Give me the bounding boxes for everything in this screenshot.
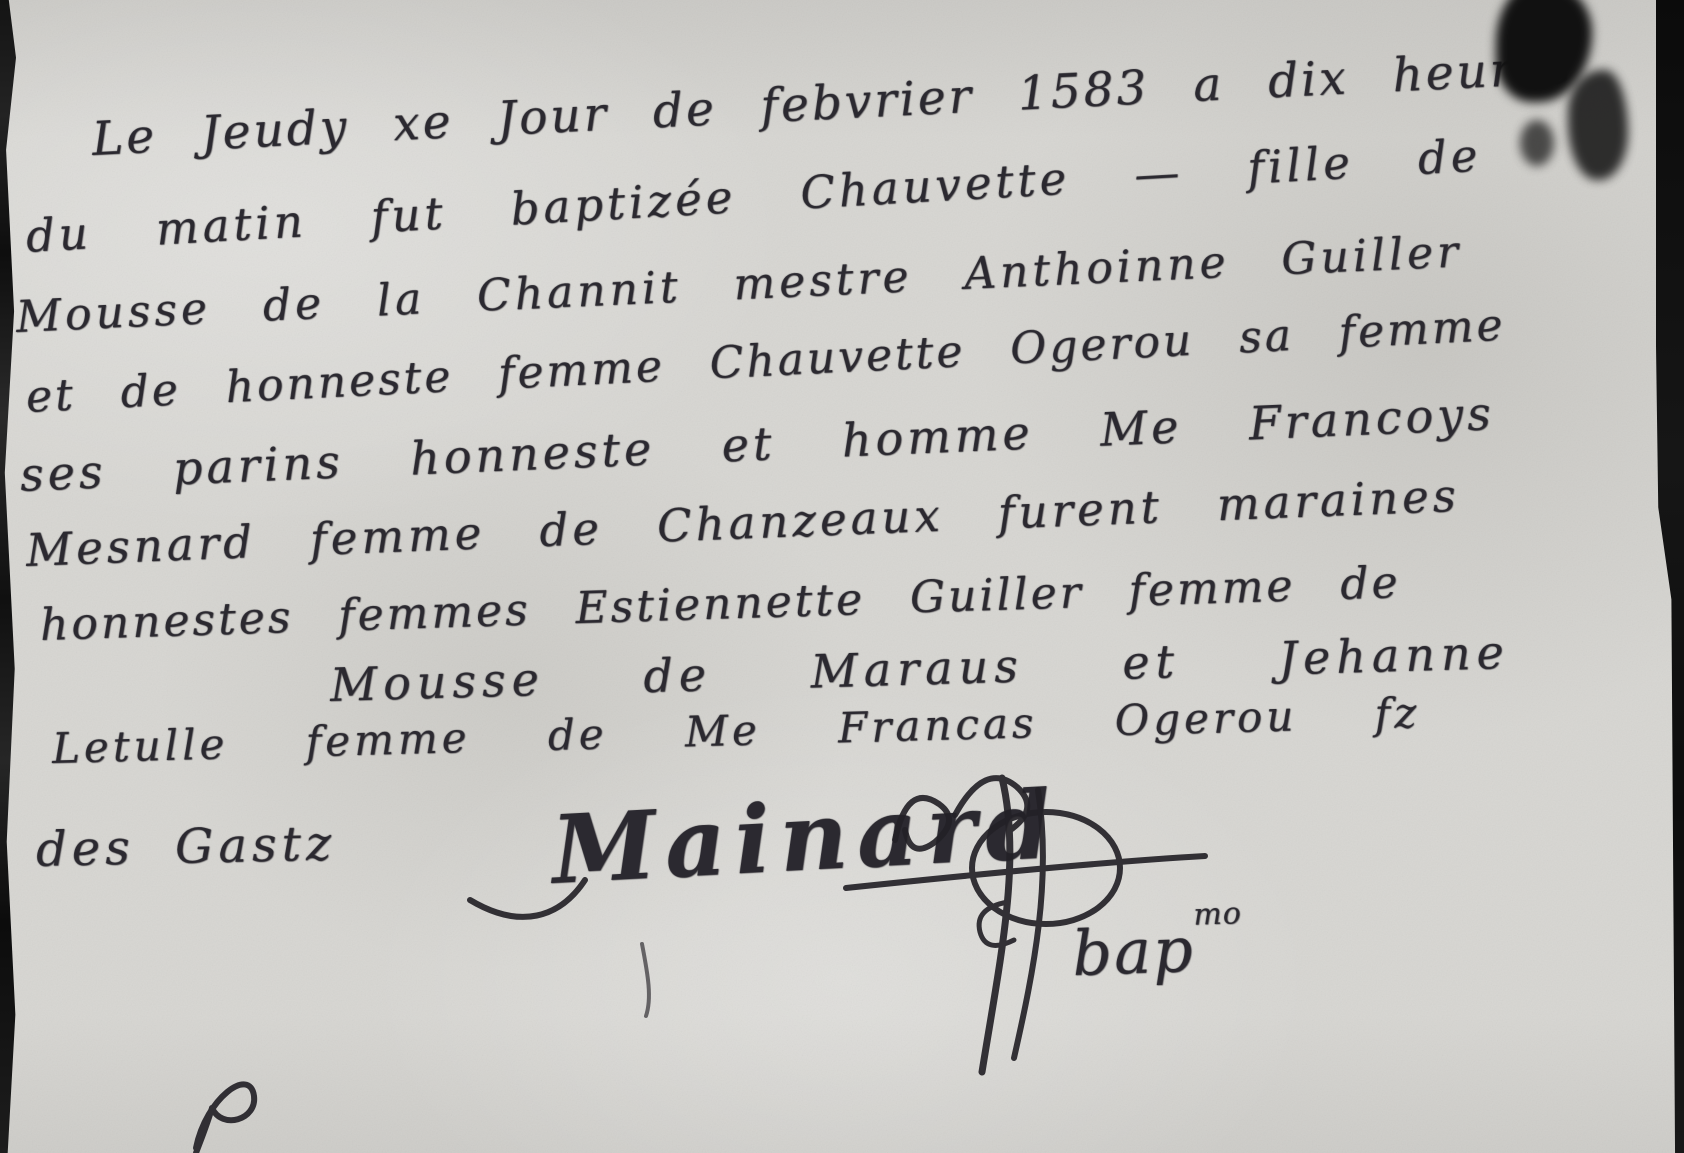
manuscript-line-10: des Gastz	[35, 816, 336, 878]
document-scan: Le Jeudy xe Jour de febvrier 1583 a dix …	[0, 0, 1684, 1153]
ink-blot	[1520, 120, 1554, 166]
baptism-abbreviation-superscript: mo	[1193, 896, 1243, 933]
scan-edge-right	[1656, 0, 1684, 1153]
signature-text: Mainard	[549, 769, 1062, 905]
baptism-abbreviation-main: bap	[1071, 913, 1196, 990]
ink-blot	[1568, 70, 1628, 180]
scan-edge-left	[0, 0, 16, 1153]
manuscript-line-9: Letulle femme de Me Francas Ogerou fz	[51, 688, 1421, 773]
baptism-abbreviation: bapmo	[1070, 896, 1244, 990]
